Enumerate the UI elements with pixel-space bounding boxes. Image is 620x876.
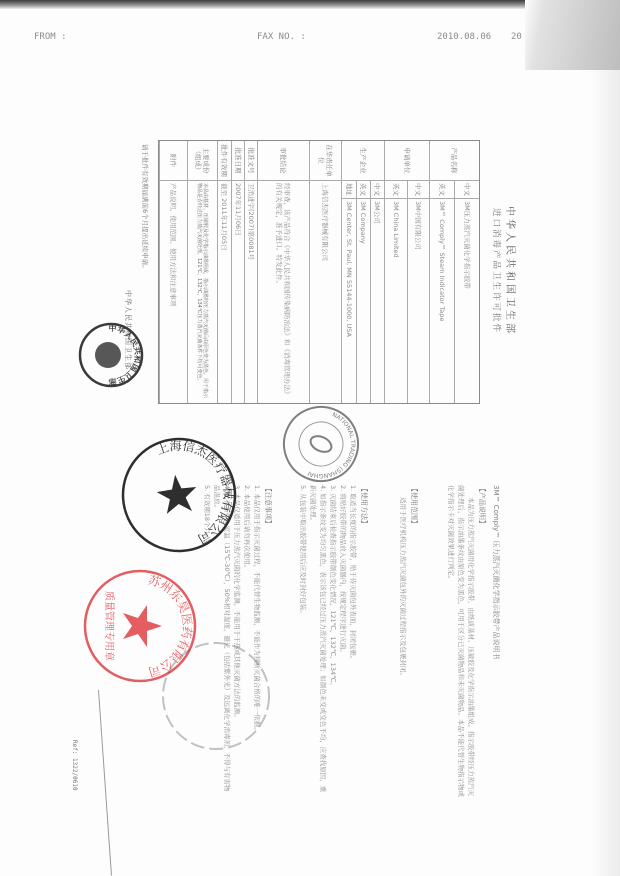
- section-heading: 【使用方法】: [359, 485, 369, 797]
- list-item: 3. 灭菌结束后检查指示胶带颜色变化情况，121℃、132℃、134℃。: [328, 485, 338, 797]
- lang-label: 英文: [384, 181, 407, 199]
- product-name-en: 3M™ Comply™ Steam Indicator Tape: [429, 199, 454, 403]
- approval-date: 2007年11月06日: [231, 181, 244, 403]
- product-name-zh: 3M压力蒸汽灭菌化学指示胶带: [454, 199, 479, 403]
- list-item: 2. 将贴好胶带的物品放入灭菌器内，按规定程序进行灭菌。: [338, 485, 348, 797]
- validity-period: 截至 2011年11月05日: [217, 181, 231, 403]
- fax-from-label: FROM :: [34, 32, 67, 42]
- star-icon: [123, 605, 162, 647]
- fax-number-label: FAX NO. :: [257, 32, 306, 42]
- row-label-approval-no: 批准文号: [244, 141, 257, 181]
- paper-right-edge: [590, 70, 620, 876]
- section-scope: 【使用范围】 适用于医疗机构压力蒸汽灭菌包外的灭菌过程指示及包裹封闭。: [398, 485, 419, 797]
- section-description: 【产品说明】 本品为压力蒸汽灭菌用化学指示胶带，由纸质基材、压敏胶及化学指示油墨…: [446, 485, 487, 797]
- approval-number: 卫消进字(2007)第0081号: [244, 181, 257, 403]
- row-label-manufacturer: 生产企业: [341, 141, 384, 181]
- lang-label: 英文: [356, 181, 370, 199]
- row-label-approval-date: 批准日期: [231, 141, 244, 181]
- list-item: 4. 如指示条纹变为均匀黑色，表示该包已经过压力蒸汽灭菌处理；如颜色未变或变色不…: [308, 485, 328, 797]
- fax-date: 2010.08.06: [437, 32, 491, 42]
- seal-subtext: 质量管理专用章: [103, 591, 116, 661]
- certificate-issuer: 中华人民共和国卫生部: [504, 140, 519, 402]
- list-item: 1. 取适当长度的指示胶带，贴于待灭菌包外表面，封闭包裹。: [348, 485, 358, 797]
- fax-header: FROM : FAX NO. : 2010.08.06 20: [0, 32, 620, 48]
- section-text: 本品为压力蒸汽灭菌用化学指示胶带，由纸质基材、压敏胶及化学指示油墨组成。指示胶带…: [446, 485, 476, 797]
- renewal-footnote: 请于批件有效期届满前6个月提出延续申请。: [141, 144, 150, 272]
- national-emblem-icon: [95, 342, 121, 368]
- lang-label: 中文: [454, 181, 479, 199]
- row-label-responsible-unit: 在华责任单位: [309, 141, 341, 181]
- composition: 本品由基材、压敏胶及化学指示油墨组成，指示油墨经压力蒸汽灭菌后由原色变为黑色，用…: [187, 181, 217, 403]
- manufacturer-en: 3M Company: [356, 199, 370, 403]
- lang-label: 中文: [407, 181, 429, 199]
- star-icon: [153, 469, 204, 521]
- fax-time-fragment: 20: [511, 32, 522, 42]
- responsible-unit: 上海信杰医疗器械有限公司: [309, 181, 341, 403]
- margin-reference: Ref: 1322/0610: [71, 740, 78, 791]
- section-heading: 【产品说明】: [477, 485, 487, 797]
- address-label: 地址: [341, 181, 356, 199]
- faint-seal: [160, 640, 272, 752]
- row-label-product-name: 产品名称: [429, 141, 479, 181]
- figure-icon: [308, 433, 334, 455]
- lang-label: 英文: [429, 181, 454, 199]
- section-heading: 【使用范围】: [409, 485, 419, 797]
- attachments-list: 产品说明、使用范围、使用方法和注意事项: [159, 181, 187, 403]
- certificate-table: 产品名称 中文 3M压力蒸汽灭菌化学指示胶带 英文 3M™ Comply™ St…: [158, 140, 480, 404]
- manufacturer-address: 3M Center, St. Paul, MN 55144-1000, USA: [341, 199, 356, 403]
- row-label-attachments: 附件: [159, 141, 187, 181]
- row-label-validity: 批件有效期: [217, 141, 231, 181]
- row-label-applicant: 申请单位: [384, 141, 429, 181]
- instructions-heading: 3M™ Comply™ 压力蒸汽灭菌化学指示胶带产品说明书: [491, 485, 501, 659]
- row-label-composition: 主要成份（组成）: [187, 141, 217, 181]
- ministry-seal: 中华人民共和国卫生部: [78, 322, 144, 388]
- section-usage: 【使用方法】 1. 取适当长度的指示胶带，贴于待灭菌包外表面，封闭包裹。 2. …: [298, 485, 369, 797]
- section-text: 适用于医疗机构压力蒸汽灭菌包外的灭菌过程指示及包裹封闭。: [398, 485, 408, 797]
- lang-label: 中文: [370, 181, 384, 199]
- approval-conclusion: 经审查，该产品符合《中华人民共和国传染病防治法》和《消毒管理办法》的有关规定，准…: [257, 181, 309, 403]
- certificate-title: 进口消毒产品卫生许可批件: [491, 140, 503, 402]
- applicant-zh: 3M中国有限公司: [407, 199, 429, 403]
- row-label-conclusion: 审批结论: [257, 141, 309, 181]
- manufacturer-zh: 3M公司: [370, 199, 384, 403]
- applicant-en: 3M China Limited: [384, 199, 407, 403]
- list-item: 5. 从包装中取出胶带使用后应及时封好包装。: [298, 485, 308, 797]
